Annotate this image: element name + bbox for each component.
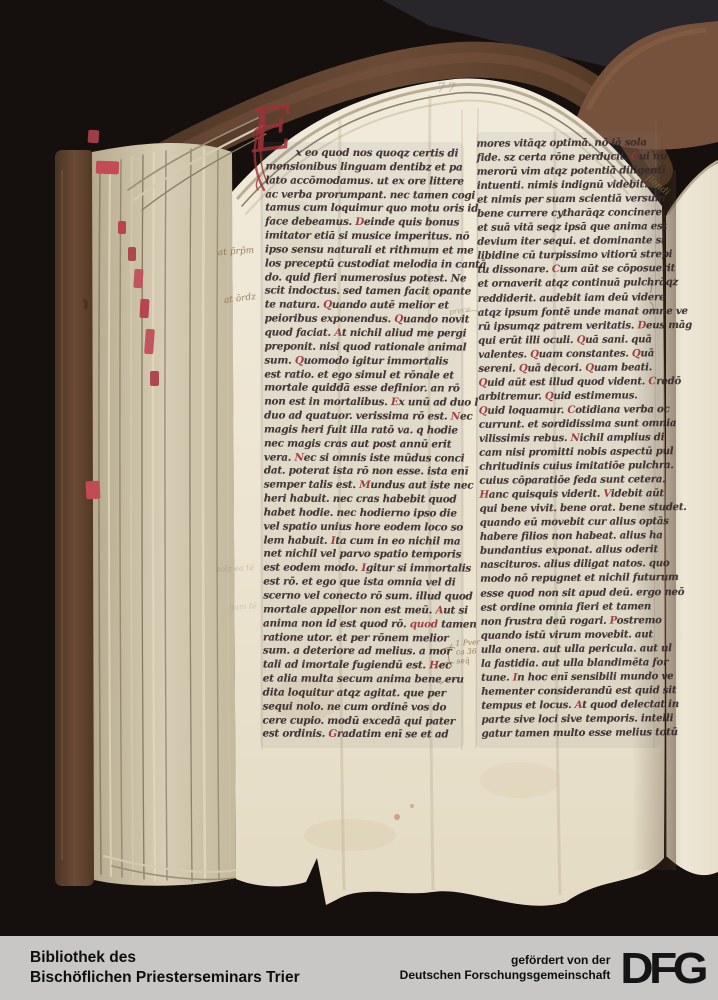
manuscript-text-line: tune. In hoc enī sensibili mundo ve: [481, 669, 661, 685]
manuscript-text-line: Quid aūt est illud quod vident. Credō: [478, 374, 658, 390]
intercolumn-citation: 1 Pver ca 36 seq̄: [455, 637, 481, 665]
citation-line: seq̄: [456, 655, 481, 665]
bookmark-tab: [139, 299, 149, 318]
manuscript-text-line: et nimis per suam scientiā versum: [477, 191, 657, 207]
manuscript-text-line: dita loquitur atqz agitat. que per: [263, 686, 461, 701]
bookmark-tab: [133, 269, 143, 289]
manuscript-text-line: quando istū virum movebit. aut: [481, 627, 661, 643]
manuscript-text-line: non frustra deū rogari. Postremo: [481, 613, 661, 629]
manuscript-text-line: Hanc quisquis viderit. Videbit aūt: [479, 486, 659, 502]
folio-number: 77: [437, 81, 458, 96]
bookmark-tab: [128, 247, 136, 261]
library-name-line1: Bibliothek des: [30, 948, 300, 968]
manuscript-text-line: est ratio. et ego simul et rōnale et: [264, 368, 462, 383]
manuscript-text-line: et alia multa secum anima bene eru: [263, 673, 461, 688]
manuscript-text-line: devium iter sequi. et dominante si: [477, 234, 657, 250]
manuscript-text-line: currunt. et sordidissima sunt omnia: [479, 416, 659, 432]
manuscript-text-line: habet hodie. nec hodierno ipso die: [264, 506, 462, 521]
manuscript-text-line: intuenti. nimis indignū videbit.: [477, 177, 657, 193]
manuscript-text-line: qui bene vivit. bene orat. bene studet.: [480, 500, 660, 516]
bookmark-tab: [144, 329, 155, 355]
manuscript-text-line: bene currere cytharāqz concinere: [477, 205, 657, 221]
manuscript-text-line: et suā vitā seqz ipsā que anima est: [477, 220, 657, 236]
funding-text: gefördert von der Deutschen Forschungsge…: [400, 953, 611, 984]
digitization-banner: Bibliothek des Bischöflichen Priestersem…: [0, 936, 718, 1000]
manuscript-text-line: gatur tamen multo esse melius totū: [482, 725, 662, 741]
manuscript-text-line: dat. poterat ista rō non esse. ista enī: [264, 465, 462, 480]
manuscript-text-line: qui erūt illi oculi. Quā sani. quā: [478, 332, 658, 348]
manuscript-text-line: ulla onera. aut ulla pericula. aut ul: [481, 641, 661, 657]
bookmark-tab: [96, 161, 119, 175]
bookmark-tab: [88, 130, 100, 144]
library-name-line2: Bischöflichen Priesterseminars Trier: [30, 968, 300, 988]
manuscript-text-line: quando eū movebit cur alius optās: [480, 514, 660, 530]
manuscript-text-line: vel spatio unius hore eodem loco so: [264, 520, 462, 535]
manuscript-text-line: scerno vel conecto rō sum. illud quod: [263, 589, 461, 604]
manuscript-text-line: peioribus exponendus. Quando novit: [265, 313, 463, 328]
manuscript-text-line: hementer considerandū est quid sit: [481, 683, 661, 699]
manuscript-text-line: imitator etiā si musice imperitus. nō: [265, 230, 463, 245]
bookmark-tab: [118, 221, 126, 234]
manuscript-text-line: merorū vim atqz potentiā diligentī: [477, 163, 657, 179]
leather-cover-left-edge: [55, 150, 94, 886]
manuscript-text-line: ipso sensu naturali et rithmum et me: [265, 243, 463, 258]
manuscript-text-line: est ordine omnia fieri et tamen: [480, 599, 660, 615]
digitized-manuscript-photo: 77 cā. E x eo quod nos quoqz certis dime…: [0, 0, 718, 1000]
manuscript-text-line: nec magis cras aut post annū erit: [264, 437, 462, 452]
manuscript-text-line: lato accōmodamus. ut ex ore littere: [265, 174, 463, 189]
manuscript-text-line: sum. Quomodo igitur immortalis: [264, 354, 462, 369]
manuscript-text-line: rū ipsumqz patrem veritatis. Deus māg: [478, 318, 658, 334]
funding-credit: gefördert von der Deutschen Forschungsge…: [400, 945, 710, 991]
manuscript-text-line: habere filios non habeat. alius ha: [480, 529, 660, 545]
manuscript-text-line: esse quod non sit apud deū. ergo neō: [480, 585, 660, 601]
dfg-logo: DFG: [620, 946, 710, 990]
manuscript-text-line: anima non id est quod rō. quod tamen: [263, 617, 461, 632]
manuscript-text-line: mortale quiddā esse definior. an rō: [264, 382, 462, 397]
manuscript-text-line: sequi nolo. ne cum ordinē vos do: [263, 700, 461, 715]
manuscript-text-line: heri habuit. nec cras habebit quod: [264, 493, 462, 508]
manuscript-text-line: sum. a deteriore ad melius. a mor: [263, 645, 461, 660]
manuscript-text-line: tempus et locus. At quod delectat in: [481, 697, 661, 713]
manuscript-text-line: est ordinis. Gradatim enī se et ad: [262, 728, 460, 743]
page-stack-left: [92, 143, 236, 886]
manuscript-text-line: atqz ipsum fontē unde manat omne ve: [478, 304, 658, 320]
manuscript-text-line: cuius cōparatiōe feda sunt cetera.: [479, 472, 659, 488]
manuscript-text-line: te natura. Quando autē melior et: [265, 299, 463, 314]
manuscript-text-line: non est in mortalibus. Ex unū ad duo l: [264, 396, 462, 411]
manuscript-text-line: tali ad imortale fugiendū est. Hec: [263, 659, 461, 674]
manuscript-text-line: semper talis est. Mundus aut iste nec: [264, 479, 462, 494]
manuscript-text-line: net nichil vel parvo spatio temporis: [263, 548, 461, 563]
manuscript-text-line: Quid loquamur. Cotidiana verba oc: [479, 402, 659, 418]
manuscript-text-line: mortale appellor non est meū. Aut si: [263, 603, 461, 618]
manuscript-text-line: scit indoctus. sed tamen facit opante: [265, 285, 463, 300]
manuscript-text-line: reddiderit. audebit iam deū videre: [478, 290, 658, 306]
manuscript-text-line: et ornaverit atqz continuā pulchrāqz: [478, 276, 658, 292]
manuscript-text-line: sereni. Quā decori. Quam beati.: [478, 360, 658, 376]
right-text-column: mores vitāqz optimā. nō iā solafide. sz …: [476, 135, 661, 741]
manuscript-text-line: duo ad quatuor. verissima rō est. Nec: [264, 410, 462, 425]
manuscript-text-line: modo nō repugnet et nichil futurum: [480, 571, 660, 587]
manuscript-text-line: x eo quod nos quoqz certis di: [265, 146, 463, 161]
manuscript-text-line: tu dissonare. Cum aūt se cōposuerit: [477, 262, 657, 278]
manuscript-text-line: preponit. nisi quod rationale animal: [264, 340, 462, 355]
manuscript-text-line: la fastidia. aut ulla blandimēta for: [481, 655, 661, 671]
bookmark-tab: [86, 481, 101, 500]
manuscript-text-line: arbitremur. Quid estimemus.: [479, 388, 659, 404]
manuscript-text-line: est rō. et ego que ista omnia vel di: [263, 576, 461, 591]
manuscript-text-line: quod faciat. At nichil aliud me pergi: [265, 326, 463, 341]
manuscript-text-line: est eodem modo. Igitur si immortalis: [263, 562, 461, 577]
manuscript-text-line: vilissimis rebus. Nichil amplius di: [479, 430, 659, 446]
manuscript-text-line: parte sive loci sive temporis. intelli: [481, 711, 661, 727]
manuscript-text-line: magis heri fuit illa ratō va. q hodie: [264, 423, 462, 438]
funding-text-line2: Deutschen Forschungsgemeinschaft: [400, 968, 611, 984]
manuscript-text-line: chritudinis cuius imitatiōe pulchra.: [479, 458, 659, 474]
manuscript-text-line: valentes. Quam constantes. Quā: [478, 346, 658, 362]
funding-text-line1: gefördert von der: [400, 953, 611, 969]
manuscript-text-line: cam nisi promitti nobis aspectū pul: [479, 444, 659, 460]
margin-note-faint: nam tē: [229, 601, 257, 611]
bookmark-tab: [150, 371, 159, 386]
manuscript-text-line: tamus cum loquimur quo motu oris id: [265, 202, 463, 217]
library-name: Bibliothek des Bischöflichen Priestersem…: [30, 948, 300, 988]
manuscript-text-line: los preceptū custodiat melodia in cantā: [265, 257, 463, 272]
manuscript-text-line: face debeamus. Deinde quis bonus: [265, 216, 463, 231]
left-text-column: x eo quod nos quoqz certis dimensionibus…: [262, 146, 463, 742]
manuscript-text-line: libidine cū turpissimo vitiorū strepi: [477, 248, 657, 264]
manuscript-text-line: mensionibus linguam dentibz et pa: [265, 160, 463, 175]
